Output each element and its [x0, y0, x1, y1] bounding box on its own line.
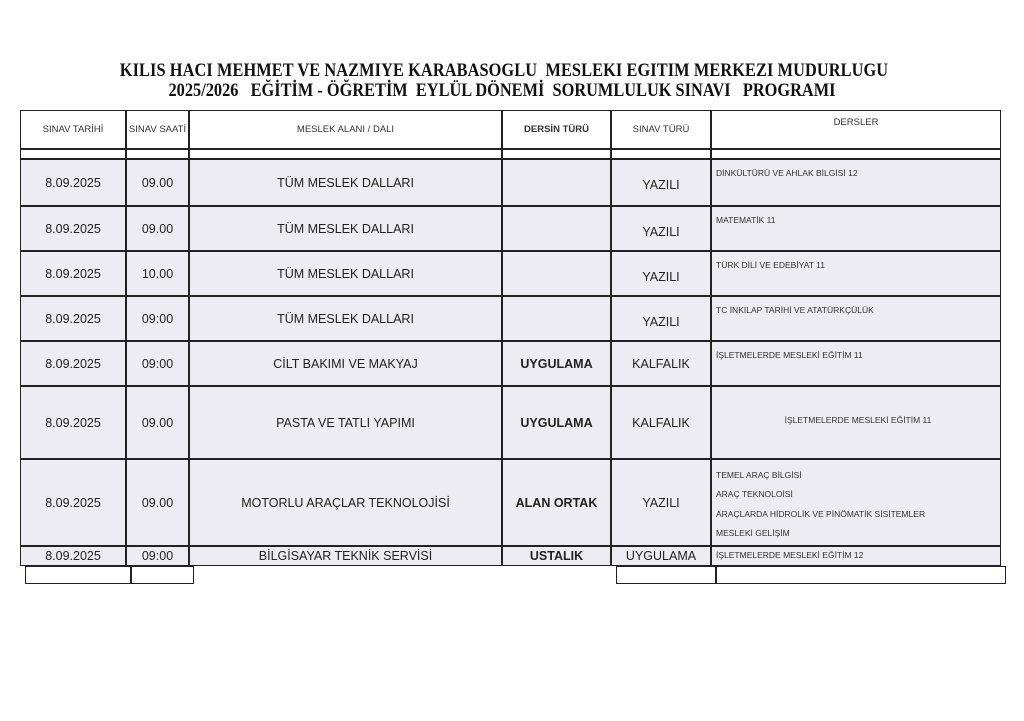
cell-sinav-tarihi: 8.09.2025	[20, 546, 126, 566]
ders-item: İŞLETMELERDE MESLEKİ EĞİTİM 12	[716, 550, 863, 560]
cell-dersler: İŞLETMELERDE MESLEKİ EĞİTİM 11	[711, 386, 1001, 459]
cell-sinav-tarihi: 8.09.2025	[20, 296, 126, 341]
blank-cell	[25, 566, 131, 584]
cell-dersin-turu	[502, 159, 611, 206]
cell-sinav-tarihi: 8.09.2025	[20, 251, 126, 296]
cell-meslek-alani: TÜM MESLEK DALLARI	[189, 159, 502, 206]
ders-item: ARAÇ TEKNOLOİSİ	[716, 487, 793, 506]
ders-item: TEMEL ARAÇ BİLGİSİ	[716, 468, 802, 487]
cell-dersler: TC İNKILAP TARİHİ VE ATATÜRKÇÜLÜK	[711, 296, 1001, 341]
cell-dersin-turu	[502, 251, 611, 296]
document-title: KILIS HACI MEHMET VE NAZMIYE KARABASOGLU…	[64, 60, 945, 82]
cell-sinav-saati: 09.00	[126, 386, 189, 459]
cell-sinav-saati: 09.00	[126, 206, 189, 251]
blank-cell	[502, 149, 611, 159]
header-sinav-tarihi: SINAV TARİHİ	[20, 110, 126, 149]
blank-cell	[126, 149, 189, 159]
cell-dersin-turu: UYGULAMA	[502, 341, 611, 386]
cell-dersin-turu: ALAN ORTAK	[502, 459, 611, 546]
ders-item: TC İNKILAP TARİHİ VE ATATÜRKÇÜLÜK	[716, 305, 874, 315]
header-dersler: DERSLER	[711, 110, 1001, 149]
blank-cell	[611, 149, 711, 159]
header-meslek-alani: MESLEK ALANI / DALI	[189, 110, 502, 149]
header-dersin-turu: DERSİN TÜRÜ	[502, 110, 611, 149]
cell-meslek-alani: BİLGİSAYAR TEKNİK SERVİSİ	[189, 546, 502, 566]
cell-sinav-turu: YAZILI	[611, 206, 711, 251]
cell-sinav-turu: KALFALIK	[611, 341, 711, 386]
cell-meslek-alani: CİLT BAKIMI VE MAKYAJ	[189, 341, 502, 386]
ders-item: MATEMATİK 11	[716, 215, 776, 225]
blank-cell	[711, 149, 1001, 159]
cell-sinav-turu: YAZILI	[611, 251, 711, 296]
cell-sinav-turu: YAZILI	[611, 459, 711, 546]
blank-cell	[20, 149, 126, 159]
cell-dersin-turu: UYGULAMA	[502, 386, 611, 459]
cell-meslek-alani: TÜM MESLEK DALLARI	[189, 251, 502, 296]
cell-dersler: İŞLETMELERDE MESLEKİ EĞİTİM 12	[711, 546, 1001, 566]
cell-sinav-tarihi: 8.09.2025	[20, 386, 126, 459]
cell-sinav-turu: KALFALIK	[611, 386, 711, 459]
cell-sinav-saati: 09.00	[126, 159, 189, 206]
blank-cell	[716, 566, 1006, 584]
cell-sinav-turu: UYGULAMA	[611, 546, 711, 566]
blank-cell	[131, 566, 194, 584]
cell-dersler: DİNKÜLTÜRÜ VE AHLAK BİLGİSİ 12	[711, 159, 1001, 206]
ders-item: DİNKÜLTÜRÜ VE AHLAK BİLGİSİ 12	[716, 168, 858, 178]
cell-dersin-turu: USTALIK	[502, 546, 611, 566]
cell-meslek-alani: MOTORLU ARAÇLAR TEKNOLOJİSİ	[189, 459, 502, 546]
cell-dersin-turu	[502, 296, 611, 341]
cell-sinav-turu: YAZILI	[611, 159, 711, 206]
cell-sinav-saati: 09:00	[126, 546, 189, 566]
header-sinav-saati: SINAV SAATİ	[126, 110, 189, 149]
cell-sinav-tarihi: 8.09.2025	[20, 206, 126, 251]
cell-sinav-saati: 09:00	[126, 296, 189, 341]
cell-meslek-alani: TÜM MESLEK DALLARI	[189, 296, 502, 341]
cell-dersler: İŞLETMELERDE MESLEKİ EĞİTİM 11	[711, 341, 1001, 386]
ders-item: ARAÇLARDA HİDROLİK VE PİNÖMATİK SİSİTEML…	[716, 507, 925, 526]
ders-item: TÜRK DİLİ VE EDEBİYAT 11	[716, 260, 825, 270]
cell-sinav-saati: 09.00	[126, 459, 189, 546]
cell-sinav-saati: 09:00	[126, 341, 189, 386]
ders-item: İŞLETMELERDE MESLEKİ EĞİTİM 11	[716, 350, 863, 360]
cell-dersler: MATEMATİK 11	[711, 206, 1001, 251]
cell-dersler: TEMEL ARAÇ BİLGİSİARAÇ TEKNOLOİSİARAÇLAR…	[711, 459, 1001, 546]
header-sinav-turu: SINAV TÜRÜ	[611, 110, 711, 149]
cell-sinav-saati: 10.00	[126, 251, 189, 296]
cell-meslek-alani: TÜM MESLEK DALLARI	[189, 206, 502, 251]
cell-meslek-alani: PASTA VE TATLI YAPIMI	[189, 386, 502, 459]
cell-dersler: TÜRK DİLİ VE EDEBİYAT 11	[711, 251, 1001, 296]
blank-cell	[189, 149, 502, 159]
cell-dersin-turu	[502, 206, 611, 251]
cell-sinav-tarihi: 8.09.2025	[20, 159, 126, 206]
cell-sinav-tarihi: 8.09.2025	[20, 341, 126, 386]
ders-item: İŞLETMELERDE MESLEKİ EĞİTİM 11	[785, 415, 932, 425]
cell-sinav-turu: YAZILI	[611, 296, 711, 341]
blank-cell	[616, 566, 716, 584]
ders-item: MESLEKİ GELİŞİM	[716, 526, 790, 545]
cell-sinav-tarihi: 8.09.2025	[20, 459, 126, 546]
document-subtitle: 2025/2026 EĞİTİM - ÖĞRETİM EYLÜL DÖNEMİ …	[62, 80, 943, 102]
